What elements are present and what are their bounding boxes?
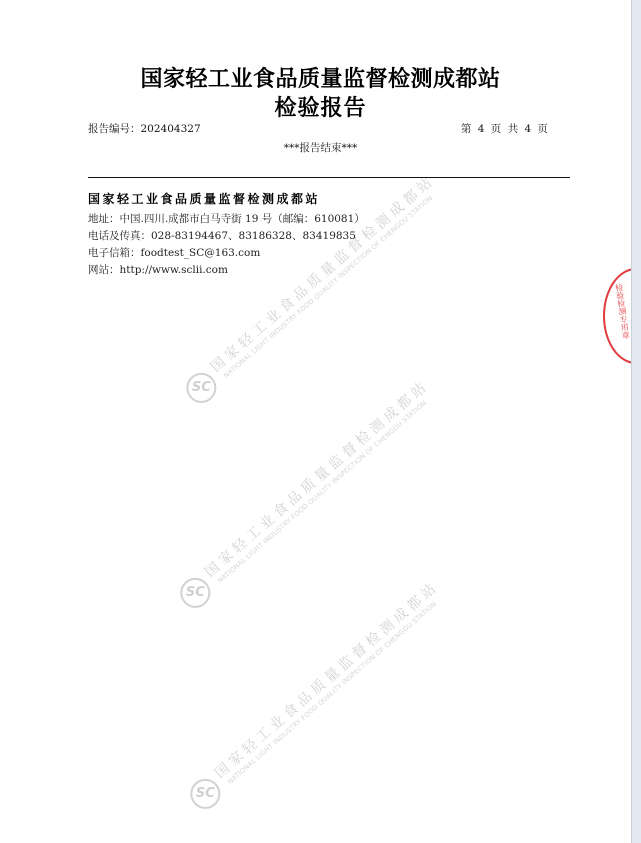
address-value: 中国.四川.成都市白马寺街 19 号（邮编：610081） <box>120 213 365 225</box>
report-title: 国家轻工业食品质量监督检测成都站 <box>0 62 631 93</box>
report-page: SC 国家轻工业食品质量监督检测成都站 NATIONAL LIGHT INDUS… <box>0 0 631 843</box>
phone-value: 028-83194467、83186328、83419835 <box>151 230 356 242</box>
website-label: 网站： <box>88 264 120 276</box>
watermark-cn-text: 国家轻工业食品质量监督检测成都站 <box>210 576 443 782</box>
report-number-value: 202404327 <box>141 123 201 135</box>
vertical-scrollbar[interactable] <box>631 0 641 843</box>
email-label: 电子信箱： <box>88 247 141 259</box>
sc-logo-icon: SC <box>190 779 220 809</box>
sc-logo-icon: SC <box>180 578 210 608</box>
phone-label: 电话及传真： <box>88 230 151 242</box>
page-middle: 页 共 <box>491 121 518 136</box>
footer-website: 网站：http://www.sclii.com <box>88 262 228 277</box>
footer-phone: 电话及传真：028-83194467、83186328、83419835 <box>88 228 356 243</box>
website-link[interactable]: http://www.sclii.com <box>120 264 228 276</box>
footer-address: 地址：中国.四川.成都市白马寺街 19 号（邮编：610081） <box>88 211 365 226</box>
report-end-mark: ***报告结束*** <box>0 140 631 155</box>
footer-org-name: 国家轻工业食品质量监督检测成都站 <box>88 190 320 207</box>
watermark-en-text: NATIONAL LIGHT INDUSTRY FOOD QUALITY INS… <box>216 399 428 585</box>
watermark: SC 国家轻工业食品质量监督检测成都站 NATIONAL LIGHT INDUS… <box>173 341 486 620</box>
page-suffix: 页 <box>538 121 549 136</box>
address-label: 地址： <box>88 213 120 225</box>
watermark: SC 国家轻工业食品质量监督检测成都站 NATIONAL LIGHT INDUS… <box>183 542 496 821</box>
report-subtitle: 检验报告 <box>0 91 631 122</box>
sc-logo-icon: SC <box>186 373 216 403</box>
page-prefix: 第 <box>461 121 472 136</box>
page-current: 4 <box>478 123 485 135</box>
divider <box>88 177 570 178</box>
footer-email: 电子信箱：foodtest_SC@163.com <box>88 245 260 260</box>
page-total: 4 <box>524 123 531 135</box>
watermark-en-text: NATIONAL LIGHT INDUSTRY FOOD QUALITY INS… <box>226 600 438 786</box>
page-indicator: 第 4 页 共 4 页 <box>461 121 548 136</box>
watermark-cn-text: 国家轻工业食品质量监督检测成都站 <box>200 375 433 581</box>
report-number: 报告编号：202404327 <box>88 121 201 136</box>
report-number-label: 报告编号： <box>88 123 141 135</box>
email-value[interactable]: foodtest_SC@163.com <box>141 247 261 259</box>
